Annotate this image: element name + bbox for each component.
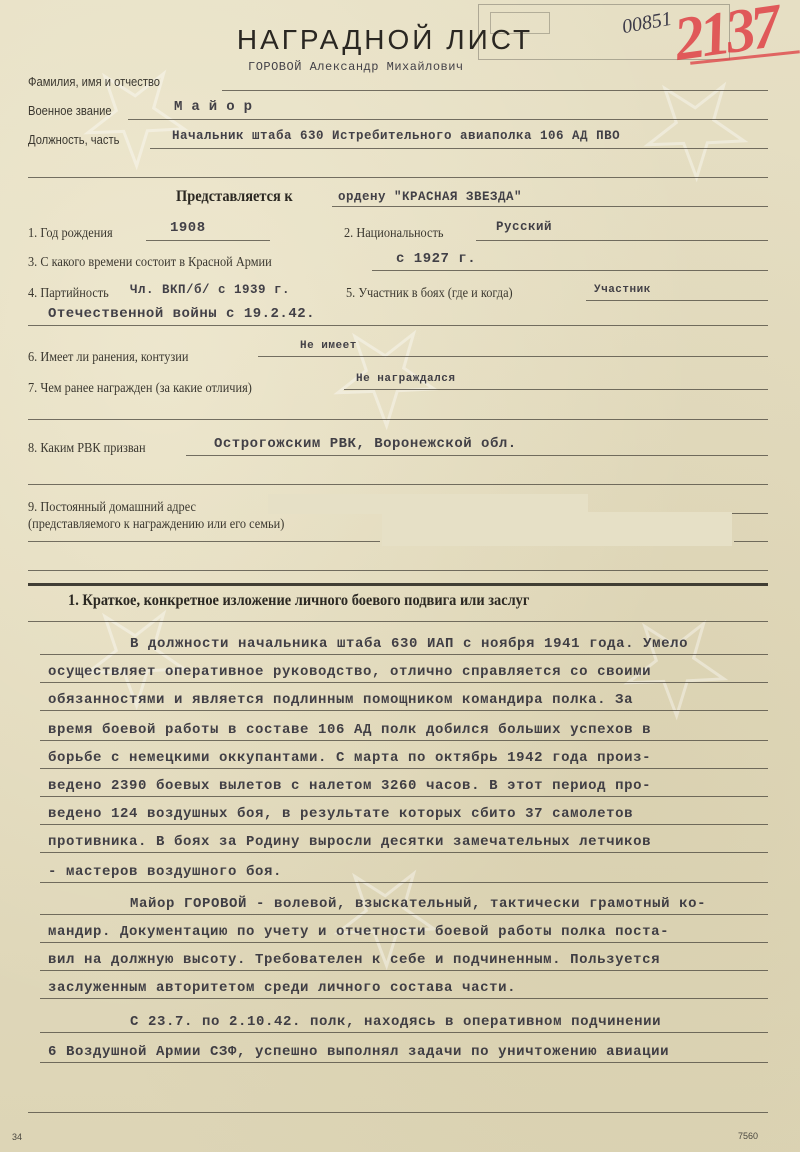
nationality-label: 2. Национальность: [344, 226, 444, 242]
narrative-line: Майор ГОРОВОЙ - волевой, взыскательный, …: [130, 896, 706, 912]
narrative-line: ведено 124 воздушных боя, в результате к…: [48, 806, 633, 822]
home-address-sublabel: (представляемого к награждению или его с…: [28, 517, 284, 533]
nomination-label: Представляется к: [176, 188, 293, 206]
combat-label: 5. Участник в боях (где и когда): [346, 286, 513, 302]
wounds-value: Не имеет: [300, 340, 357, 352]
narrative-rule: [40, 710, 768, 711]
narrative-line: вил на должную высоту. Требователен к се…: [48, 952, 660, 968]
conscription-value: Острогожским РВК, Воронежской обл.: [214, 436, 517, 452]
prior-awards-rule: [344, 389, 768, 390]
rank-label: Военное звание: [28, 103, 112, 118]
nationality-value: Русский: [496, 220, 552, 234]
red-army-since-value: с 1927 г.: [396, 251, 476, 267]
narrative-rule: [40, 1032, 768, 1033]
birth-year-label: 1. Год рождения: [28, 226, 113, 242]
prior-awards-label: 7. Чем ранее награжден (за какие отличия…: [28, 381, 252, 397]
narrative-line: В должности начальника штаба 630 ИАП с н…: [130, 636, 688, 652]
narrative-line: мандир. Документацию по учету и отчетнос…: [48, 924, 669, 940]
rank-value: Майор: [174, 99, 261, 115]
narrative-line: противника. В боях за Родину выросли дес…: [48, 834, 651, 850]
nomination-rule: [332, 206, 768, 207]
home-address-label: 9. Постоянный домашний адрес: [28, 500, 196, 516]
birth-year-rule: [146, 240, 270, 241]
birth-year-value: 1908: [170, 220, 206, 236]
section-divider: [28, 583, 768, 586]
full-name-label: Фамилия, имя и отчество: [28, 74, 160, 89]
full-name-rule: [222, 90, 768, 91]
narrative-rule: [40, 740, 768, 741]
narrative-rule: [40, 682, 768, 683]
document-title: НАГРАДНОЙ ЛИСТ: [0, 24, 800, 56]
wounds-rule: [258, 356, 768, 357]
prior-awards-rule-2: [28, 419, 768, 420]
footer-print-number: 7560: [738, 1131, 758, 1141]
red-army-since-rule: [372, 270, 768, 271]
narrative-rule: [40, 1062, 768, 1063]
narrative-rule: [40, 942, 768, 943]
wounds-label: 6. Имеет ли ранения, контузии: [28, 350, 188, 366]
narrative-line: борьбе с немецкими оккупантами. С марта …: [48, 750, 651, 766]
narrative-rule: [40, 914, 768, 915]
conscription-rule-2: [28, 484, 768, 485]
narrative-heading: 1. Краткое, конкретное изложение личного…: [68, 592, 529, 610]
combat-rule: [586, 300, 768, 301]
position-rule: [150, 148, 768, 149]
narrative-line: обязанностями и является подлинным помощ…: [48, 692, 633, 708]
narrative-rule: [40, 998, 768, 999]
full-name-value: ГОРОВОЙ Александр Михайлович: [248, 60, 464, 74]
address-redaction: [268, 494, 588, 514]
party-value: Чл. ВКП/б/ с 1939 г.: [130, 283, 290, 297]
home-address-rule-4: [28, 570, 768, 571]
conscription-label: 8. Каким РВК призван: [28, 441, 146, 457]
nomination-value: ордену "КРАСНАЯ ЗВЕЗДА": [338, 190, 522, 204]
narrative-line: С 23.7. по 2.10.42. полк, находясь в опе…: [130, 1014, 661, 1030]
narrative-line: - мастеров воздушного боя.: [48, 864, 282, 880]
narrative-line: время боевой работы в составе 106 АД пол…: [48, 722, 651, 738]
narrative-rule: [40, 882, 768, 883]
narrative-rule: [40, 796, 768, 797]
combat-value-line2: Отечественной войны с 19.2.42.: [48, 306, 315, 322]
nationality-rule: [476, 240, 768, 241]
award-sheet-page: 00851 2137 НАГРАДНОЙ ЛИСТ ГОРОВОЙ Алекса…: [0, 0, 800, 1152]
position-label: Должность, часть: [28, 132, 119, 147]
narrative-rule: [40, 824, 768, 825]
home-address-rule-2: [28, 541, 380, 542]
narrative-rule: [40, 768, 768, 769]
narrative-end-rule: [28, 1112, 768, 1113]
combat-rule-2: [28, 325, 768, 326]
position-rule-2: [28, 177, 768, 178]
prior-awards-value: Не награждался: [356, 373, 455, 385]
narrative-rule: [40, 654, 768, 655]
rank-rule: [128, 119, 768, 120]
address-redaction: [382, 512, 732, 546]
home-address-rule-3: [734, 541, 768, 542]
narrative-heading-rule: [28, 621, 768, 622]
position-value: Начальник штаба 630 Истребительного авиа…: [172, 129, 620, 143]
footer-form-code: 34: [12, 1132, 22, 1142]
narrative-rule: [40, 852, 768, 853]
narrative-line: 6 Воздушной Армии СЗФ, успешно выполнял …: [48, 1044, 669, 1060]
narrative-line: ведено 2390 боевых вылетов с налетом 326…: [48, 778, 651, 794]
narrative-line: осуществляет оперативное руководство, от…: [48, 664, 651, 680]
red-army-since-label: 3. С какого времени состоит в Красной Ар…: [28, 255, 272, 271]
conscription-rule: [186, 455, 768, 456]
combat-value-line1: Участник: [594, 284, 651, 296]
narrative-rule: [40, 970, 768, 971]
party-label: 4. Партийность: [28, 286, 109, 302]
narrative-line: заслуженным авторитетом среди личного со…: [48, 980, 516, 996]
